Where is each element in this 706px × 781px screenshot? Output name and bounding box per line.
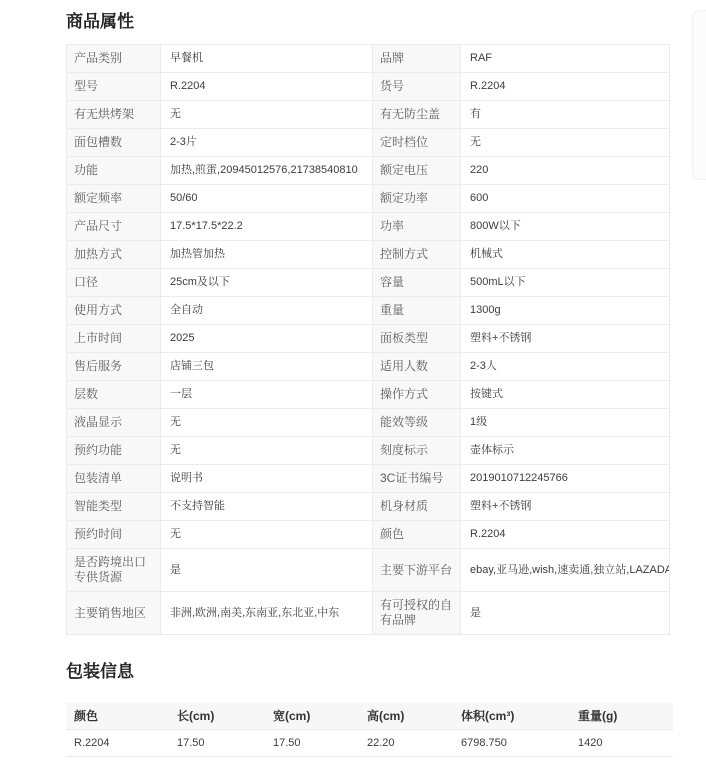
attribute-value-cell: 800W以下 [461,213,670,241]
page-content: 商品属性 产品类别早餐机品牌RAF型号R.2204货号R.2204有无烘烤架无有… [0,0,706,781]
attribute-label-cell: 能效等级 [373,409,461,437]
attribute-value-cell: R.2204 [161,73,373,101]
attribute-label-cell: 有可授权的自有品牌 [373,592,461,635]
attribute-label-cell: 是否跨境出口专供货源 [67,549,161,592]
attribute-label-cell: 使用方式 [67,297,161,325]
attribute-value-cell: 无 [161,437,373,465]
attribute-row: 售后服务店铺三包适用人数2-3人 [67,353,670,381]
attribute-value-cell: 2025 [161,325,373,353]
attribute-label-cell: 口径 [67,269,161,297]
attribute-label-cell: 智能类型 [67,493,161,521]
attribute-label-cell: 面包槽数 [67,129,161,157]
attribute-value-cell: 塑料+不锈钢 [461,325,670,353]
attribute-row: 额定频率50/60额定功率600 [67,185,670,213]
attribute-value-cell: 1级 [461,409,670,437]
attribute-value-cell: 是 [461,592,670,635]
attribute-value-cell: 2019010712245766 [461,465,670,493]
attribute-value-cell: 加热,煎蛋,20945012576,21738540810 [161,157,373,185]
attribute-row: 液晶显示无能效等级1级 [67,409,670,437]
attribute-row: 面包槽数2-3片定时档位无 [67,129,670,157]
attribute-row: 功能加热,煎蛋,20945012576,21738540810额定电压220 [67,157,670,185]
attribute-value-cell: ebay,亚马逊,wish,速卖通,独立站,LAZADA [461,549,670,592]
attribute-value-cell: 全自动 [161,297,373,325]
packaging-value-cell: 22.20 [359,730,453,757]
attribute-label-cell: 容量 [373,269,461,297]
attribute-value-cell: 非洲,欧洲,南美,东南亚,东北亚,中东 [161,592,373,635]
attribute-row: 预约功能无刻度标示壶体标示 [67,437,670,465]
attribute-label-cell: 品牌 [373,45,461,73]
attribute-value-cell: 2-3人 [461,353,670,381]
packaging-table: 颜色长(cm)宽(cm)高(cm)体积(cm³)重量(g) R.220417.5… [66,703,673,757]
attribute-row: 产品类别早餐机品牌RAF [67,45,670,73]
attribute-label-cell: 有无烘烤架 [67,101,161,129]
packaging-column-header: 宽(cm) [265,703,359,730]
attribute-value-cell: 按键式 [461,381,670,409]
attribute-label-cell: 加热方式 [67,241,161,269]
attribute-value-cell: 店铺三包 [161,353,373,381]
attribute-label-cell: 适用人数 [373,353,461,381]
attribute-row: 预约时间无颜色R.2204 [67,521,670,549]
attribute-label-cell: 预约功能 [67,437,161,465]
packaging-column-header: 长(cm) [169,703,265,730]
attribute-label-cell: 额定功率 [373,185,461,213]
packaging-column-header: 颜色 [66,703,169,730]
packaging-section-title: 包装信息 [66,661,686,683]
attribute-label-cell: 层数 [67,381,161,409]
packaging-header-row: 颜色长(cm)宽(cm)高(cm)体积(cm³)重量(g) [66,703,673,730]
attribute-label-cell: 产品尺寸 [67,213,161,241]
attribute-value-cell: 壶体标示 [461,437,670,465]
attribute-label-cell: 额定频率 [67,185,161,213]
attribute-value-cell: 机械式 [461,241,670,269]
attribute-label-cell: 主要销售地区 [67,592,161,635]
attribute-label-cell: 3C证书编号 [373,465,461,493]
attribute-value-cell: 不支持智能 [161,493,373,521]
attribute-label-cell: 主要下游平台 [373,549,461,592]
attribute-value-cell: 无 [161,101,373,129]
attribute-row: 包装清单说明书3C证书编号2019010712245766 [67,465,670,493]
attribute-value-cell: 2-3片 [161,129,373,157]
attribute-value-cell: 17.5*17.5*22.2 [161,213,373,241]
attribute-row: 型号R.2204货号R.2204 [67,73,670,101]
attribute-label-cell: 有无防尘盖 [373,101,461,129]
packaging-column-header: 重量(g) [570,703,673,730]
attribute-label-cell: 面板类型 [373,325,461,353]
attribute-value-cell: 无 [161,521,373,549]
attribute-label-cell: 重量 [373,297,461,325]
attributes-section: 商品属性 产品类别早餐机品牌RAF型号R.2204货号R.2204有无烘烤架无有… [66,11,686,635]
attribute-label-cell: 货号 [373,73,461,101]
attribute-value-cell: R.2204 [461,73,670,101]
attribute-value-cell: 无 [461,129,670,157]
attribute-label-cell: 型号 [67,73,161,101]
attribute-row: 口径25cm及以下容量500mL以下 [67,269,670,297]
attribute-row: 使用方式全自动重量1300g [67,297,670,325]
attribute-row: 智能类型不支持智能机身材质塑料+不锈钢 [67,493,670,521]
attribute-value-cell: 塑料+不锈钢 [461,493,670,521]
attribute-value-cell: 有 [461,101,670,129]
packaging-row: R.220417.5017.5022.206798.7501420 [66,730,673,757]
scrollbar-thumb[interactable] [692,10,706,180]
attribute-label-cell: 预约时间 [67,521,161,549]
packaging-section: 包装信息 颜色长(cm)宽(cm)高(cm)体积(cm³)重量(g) R.220… [66,661,686,757]
attribute-label-cell: 定时档位 [373,129,461,157]
attribute-value-cell: 无 [161,409,373,437]
attribute-value-cell: 加热管加热 [161,241,373,269]
attribute-label-cell: 额定电压 [373,157,461,185]
attribute-value-cell: 一层 [161,381,373,409]
attribute-label-cell: 上市时间 [67,325,161,353]
attribute-value-cell: 25cm及以下 [161,269,373,297]
attribute-label-cell: 刻度标示 [373,437,461,465]
packaging-column-header: 高(cm) [359,703,453,730]
attribute-value-cell: 1300g [461,297,670,325]
attribute-value-cell: 50/60 [161,185,373,213]
packaging-value-cell: 17.50 [169,730,265,757]
packaging-value-cell: 1420 [570,730,673,757]
attribute-row: 加热方式加热管加热控制方式机械式 [67,241,670,269]
attribute-value-cell: RAF [461,45,670,73]
attribute-row: 产品尺寸17.5*17.5*22.2功率800W以下 [67,213,670,241]
attribute-value-cell: R.2204 [461,521,670,549]
attribute-value-cell: 早餐机 [161,45,373,73]
attribute-row: 层数一层操作方式按键式 [67,381,670,409]
attribute-value-cell: 说明书 [161,465,373,493]
attribute-label-cell: 包装清单 [67,465,161,493]
attribute-row: 有无烘烤架无有无防尘盖有 [67,101,670,129]
attribute-label-cell: 控制方式 [373,241,461,269]
attribute-label-cell: 颜色 [373,521,461,549]
attributes-table: 产品类别早餐机品牌RAF型号R.2204货号R.2204有无烘烤架无有无防尘盖有… [66,44,670,635]
attribute-value-cell: 500mL以下 [461,269,670,297]
attribute-label-cell: 操作方式 [373,381,461,409]
packaging-value-cell: 6798.750 [453,730,570,757]
packaging-column-header: 体积(cm³) [453,703,570,730]
attributes-section-title: 商品属性 [66,11,686,33]
attribute-label-cell: 产品类别 [67,45,161,73]
attribute-label-cell: 液晶显示 [67,409,161,437]
attribute-value-cell: 是 [161,549,373,592]
attribute-row: 是否跨境出口专供货源是主要下游平台ebay,亚马逊,wish,速卖通,独立站,L… [67,549,670,592]
attribute-value-cell: 600 [461,185,670,213]
attribute-label-cell: 机身材质 [373,493,461,521]
attribute-label-cell: 售后服务 [67,353,161,381]
attribute-label-cell: 功率 [373,213,461,241]
attribute-label-cell: 功能 [67,157,161,185]
packaging-value-cell: R.2204 [66,730,169,757]
attribute-row: 上市时间2025面板类型塑料+不锈钢 [67,325,670,353]
attribute-row: 主要销售地区非洲,欧洲,南美,东南亚,东北亚,中东有可授权的自有品牌是 [67,592,670,635]
packaging-value-cell: 17.50 [265,730,359,757]
attribute-value-cell: 220 [461,157,670,185]
